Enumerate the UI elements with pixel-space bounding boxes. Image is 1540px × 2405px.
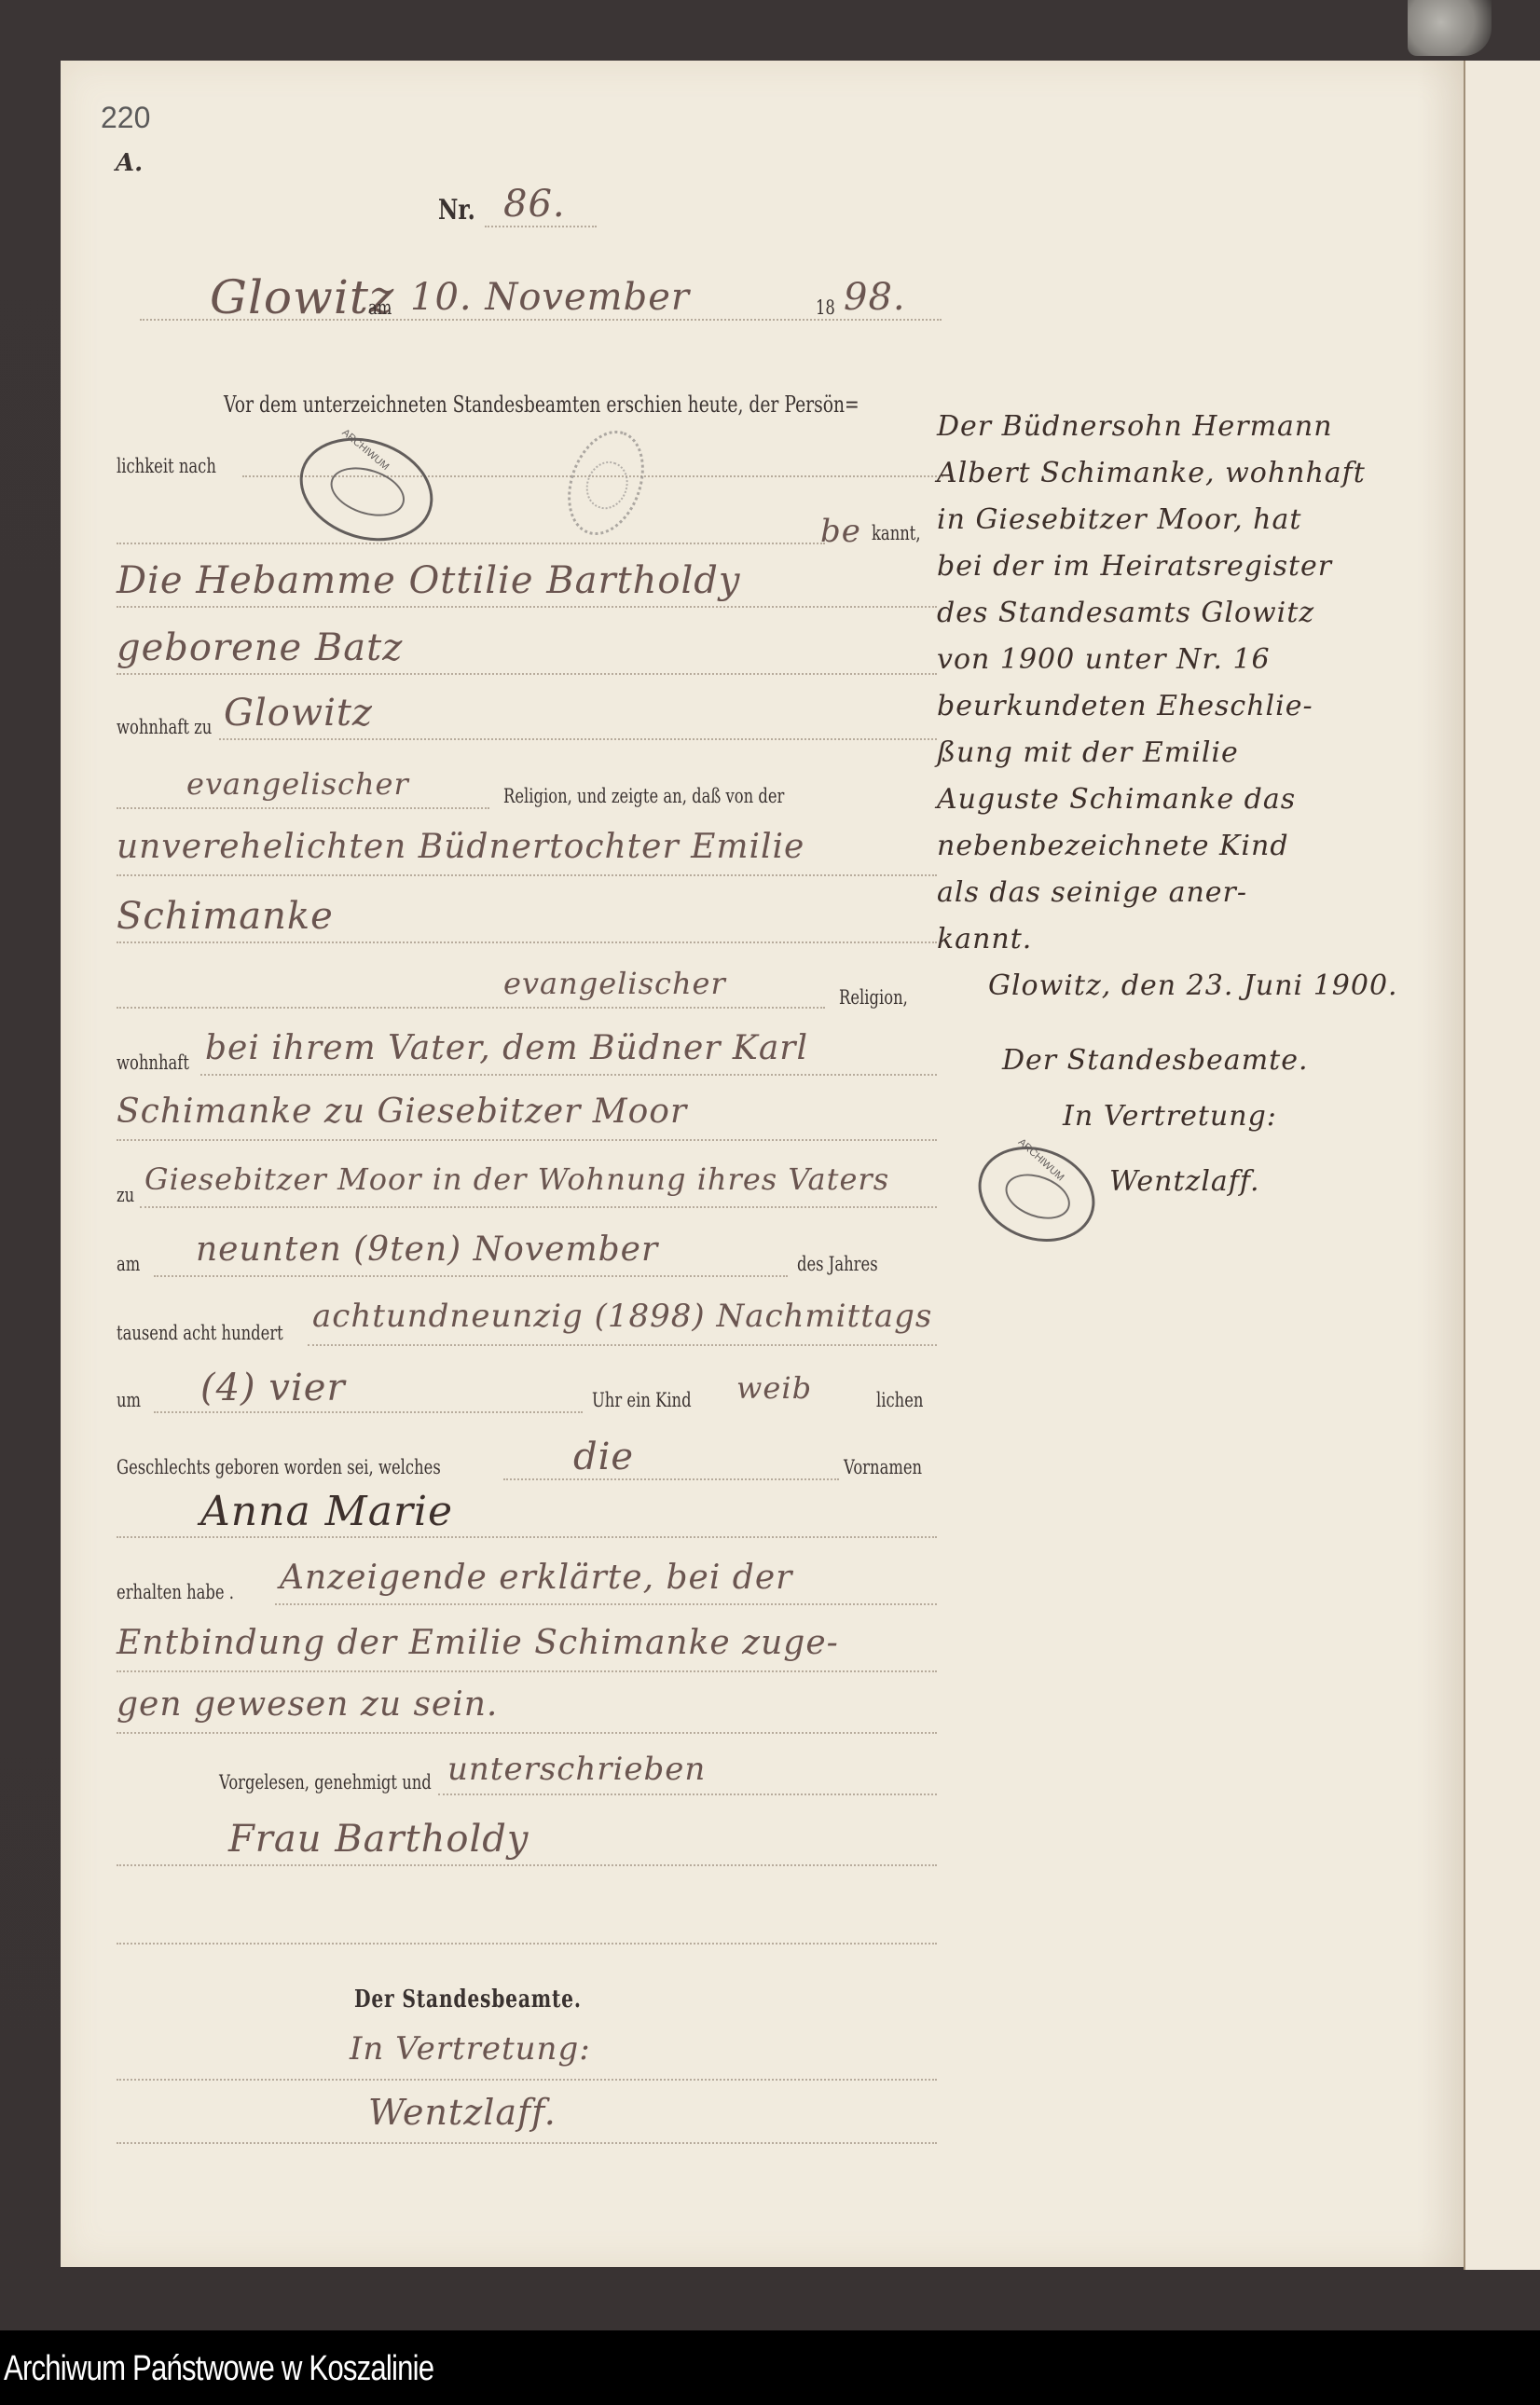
des-jahres-label: des Jahres xyxy=(797,1253,878,1275)
remark-line2: Entbindung der Emilie Schimanke zuge- xyxy=(117,1624,839,1662)
birth-year: achtundneunzig (1898) Nachmittags xyxy=(312,1298,932,1335)
margin-deputy: In Vertretung: xyxy=(1063,1100,1277,1133)
margin-line: bei der im Heiratsregister xyxy=(937,550,1332,583)
official-signature: Wentzlaff. xyxy=(368,2092,557,2133)
vornamen-label: Vornamen xyxy=(844,1456,922,1478)
child-sex: weib xyxy=(736,1370,812,1406)
religion2: evangelischer xyxy=(503,966,726,1001)
dotted-line xyxy=(117,941,937,943)
residence2-line2: Schimanke zu Giesebitzer Moor xyxy=(117,1093,687,1131)
vorgelesen-label: Vorgelesen, genehmigt und xyxy=(219,1771,432,1793)
margin-line: als das seinige aner- xyxy=(937,876,1247,909)
declarant-line2: geborene Batz xyxy=(117,626,403,669)
dotted-line xyxy=(117,807,489,809)
um-label: um xyxy=(117,1389,141,1411)
residence2-line1: bei ihrem Vater, dem Büdner Karl xyxy=(205,1029,808,1067)
register-number-value: 86. xyxy=(503,183,566,226)
margin-line: des Standesamts Glowitz xyxy=(937,597,1314,629)
dotted-line xyxy=(117,1139,937,1141)
dotted-line xyxy=(117,2079,937,2081)
standesbeamte-heading: Der Standesbeamte. xyxy=(354,1986,582,2013)
lichen-label: lichen xyxy=(876,1389,923,1411)
year-suffix: 98. xyxy=(844,276,906,319)
bekannt-prefix: be xyxy=(820,513,861,550)
wohnhaft-zu-label: wohnhaft zu xyxy=(117,716,212,738)
lichkeit-nach-label: lichkeit nach xyxy=(117,455,216,477)
year-prefix: 18 xyxy=(816,296,835,319)
margin-line: Albert Schimanke, wohnhaft xyxy=(937,457,1366,489)
dotted-line xyxy=(438,1793,937,1795)
dotted-line xyxy=(117,1864,937,1866)
religion-label: Religion, xyxy=(839,986,908,1009)
dotted-line xyxy=(219,738,937,740)
official-line1: In Vertretung: xyxy=(350,2030,591,2068)
book-weight xyxy=(1408,0,1492,56)
geschlechts-label: Geschlechts geboren worden sei, welches xyxy=(117,1456,441,1478)
archive-name: Archiwum Państwowe w Koszalinie xyxy=(4,2349,433,2389)
date-place: Glowitz xyxy=(210,270,394,324)
signed-word: unterschrieben xyxy=(447,1751,706,1788)
dotted-line xyxy=(154,1275,788,1277)
dotted-line xyxy=(117,1536,937,1538)
dotted-line xyxy=(117,1007,825,1009)
article: die xyxy=(573,1436,634,1478)
dotted-line xyxy=(117,1943,937,1945)
uhr-kind-label: Uhr ein Kind xyxy=(592,1389,692,1411)
dotted-line xyxy=(117,2142,937,2144)
zu-label: zu xyxy=(117,1184,134,1206)
wohnhaft-label: wohnhaft xyxy=(117,1051,189,1074)
residence: Glowitz xyxy=(224,692,373,735)
erhalten-label: erhalten habe . xyxy=(117,1581,234,1603)
bekannt-label: kannt, xyxy=(872,522,921,544)
margin-line: nebenbezeichnete Kind xyxy=(937,830,1289,862)
margin-official: Der Standesbeamte. xyxy=(1002,1044,1309,1077)
dotted-line xyxy=(154,1411,583,1413)
margin-line: beurkundeten Eheschlie- xyxy=(937,690,1313,722)
dotted-line xyxy=(117,1732,937,1734)
birth-place: Giesebitzer Moor in der Wohnung ihres Va… xyxy=(144,1161,889,1197)
margin-line: ßung mit der Emilie xyxy=(937,736,1239,769)
margin-date: Glowitz, den 23. Juni 1900. xyxy=(988,969,1398,1002)
archive-number: 220 xyxy=(101,101,150,135)
birth-day: neunten (9ten) November xyxy=(196,1230,658,1269)
declarant-signature: Frau Bartholdy xyxy=(228,1818,529,1861)
archive-footer-bar: Archiwum Państwowe w Koszalinie xyxy=(0,2330,1540,2405)
register-number-label: Nr. xyxy=(438,194,475,227)
form-letter: A. xyxy=(116,149,143,177)
religion1: evangelischer xyxy=(186,766,409,802)
am-label: am xyxy=(117,1253,140,1275)
facing-page-edge xyxy=(1464,61,1540,2270)
dotted-line xyxy=(308,1344,937,1346)
child-names: Anna Marie xyxy=(200,1488,453,1535)
dotted-line xyxy=(503,1478,839,1480)
margin-line: kannt. xyxy=(937,923,1032,955)
margin-line: Der Büdnersohn Hermann xyxy=(937,410,1333,443)
margin-line: in Giesebitzer Moor, hat xyxy=(937,503,1301,536)
intro-text: Vor dem unterzeichneten Standesbeamten e… xyxy=(224,392,859,418)
dotted-line xyxy=(117,1670,937,1672)
dotted-line xyxy=(485,226,597,227)
margin-line: Auguste Schimanke das xyxy=(937,783,1296,816)
dotted-line xyxy=(200,1074,937,1076)
tausend-label: tausend acht hundert xyxy=(117,1322,283,1344)
margin-line: von 1900 unter Nr. 16 xyxy=(937,643,1271,676)
remark-line1: Anzeigende erklärte, bei der xyxy=(280,1559,792,1597)
religion-line-label: Religion, und zeigte an, daß von der xyxy=(503,785,784,807)
dotted-line xyxy=(140,1206,937,1208)
gutter-shadow xyxy=(1417,61,1464,2267)
remark-line3: gen gewesen zu sein. xyxy=(117,1685,498,1724)
date-am-label: am xyxy=(368,296,392,319)
mother-line1: unverehelichten Büdnertochter Emilie xyxy=(117,828,804,866)
declarant-line1: Die Hebamme Ottilie Bartholdy xyxy=(117,559,741,602)
dotted-line xyxy=(275,1603,937,1605)
dotted-line xyxy=(117,673,937,675)
dotted-line xyxy=(117,606,937,608)
date-day-month: 10. November xyxy=(410,276,690,319)
mother-line2: Schimanke xyxy=(117,895,334,938)
dotted-line xyxy=(117,874,937,876)
dotted-line xyxy=(117,543,825,544)
birth-hour: (4) vier xyxy=(200,1367,346,1409)
margin-signature: Wentzlaff. xyxy=(1109,1165,1259,1198)
